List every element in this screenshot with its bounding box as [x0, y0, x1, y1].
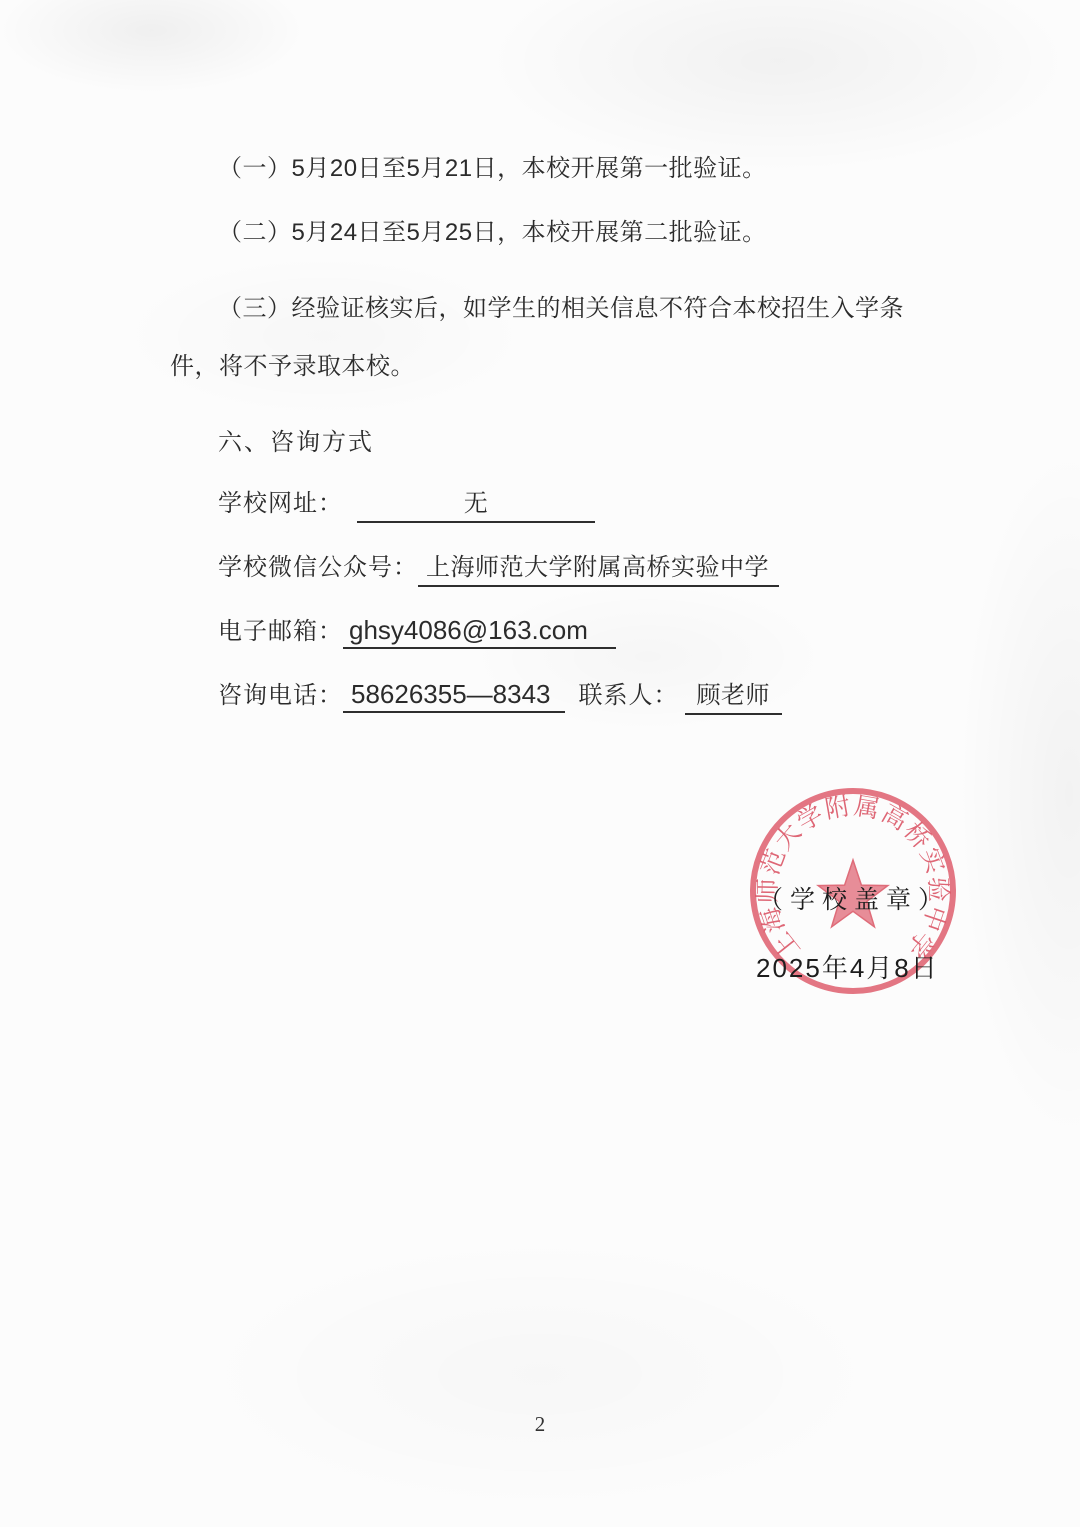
- stamp-note: （学校盖章）: [758, 880, 950, 916]
- wechat-value: 上海师范大学附属高桥实验中学: [426, 554, 769, 581]
- email-value: ghsy4086@163.com: [349, 615, 588, 645]
- page-number: 2: [0, 1412, 1080, 1437]
- email-label: 电子邮箱：: [218, 618, 343, 645]
- website-label: 学校网址：: [218, 490, 343, 517]
- wechat-value-underline: 上海师范大学附属高桥实验中学: [418, 551, 779, 587]
- paragraph-verification: （三）经验证核实后，如学生的相关信息不符合本校招生入学条件，将不予录取本校。: [170, 280, 912, 396]
- signature-date: 2025年4月8日: [756, 948, 939, 985]
- website-value: 无: [464, 490, 489, 517]
- field-phone: 咨询电话：58626355—8343联系人：顾老师: [170, 664, 945, 728]
- document-page: （一）5月20日至5月21日，本校开展第一批验证。 （二）5月24日至5月25日…: [0, 0, 1080, 1527]
- person-value: 顾老师: [697, 682, 771, 709]
- field-website: 学校网址：无: [170, 472, 945, 536]
- paragraph-batch2: （二）5月24日至5月25日，本校开展第二批验证。: [170, 204, 945, 262]
- phone-value: 58626355—8343: [351, 679, 551, 709]
- phone-label: 咨询电话：: [218, 682, 343, 709]
- field-email: 电子邮箱：ghsy4086@163.com: [170, 600, 945, 664]
- person-label: 联系人：: [579, 682, 679, 709]
- section-heading-contact: 六、咨询方式: [170, 414, 945, 472]
- document-body: （一）5月20日至5月21日，本校开展第一批验证。 （二）5月24日至5月25日…: [170, 140, 945, 728]
- person-value-underline: 顾老师: [685, 679, 783, 715]
- phone-value-underline: 58626355—8343: [343, 677, 565, 713]
- wechat-label: 学校微信公众号：: [218, 554, 418, 581]
- website-value-underline: 无: [357, 487, 595, 523]
- field-wechat: 学校微信公众号：上海师范大学附属高桥实验中学: [170, 536, 945, 600]
- email-value-underline: ghsy4086@163.com: [343, 613, 616, 649]
- paragraph-batch1: （一）5月20日至5月21日，本校开展第一批验证。: [170, 140, 945, 198]
